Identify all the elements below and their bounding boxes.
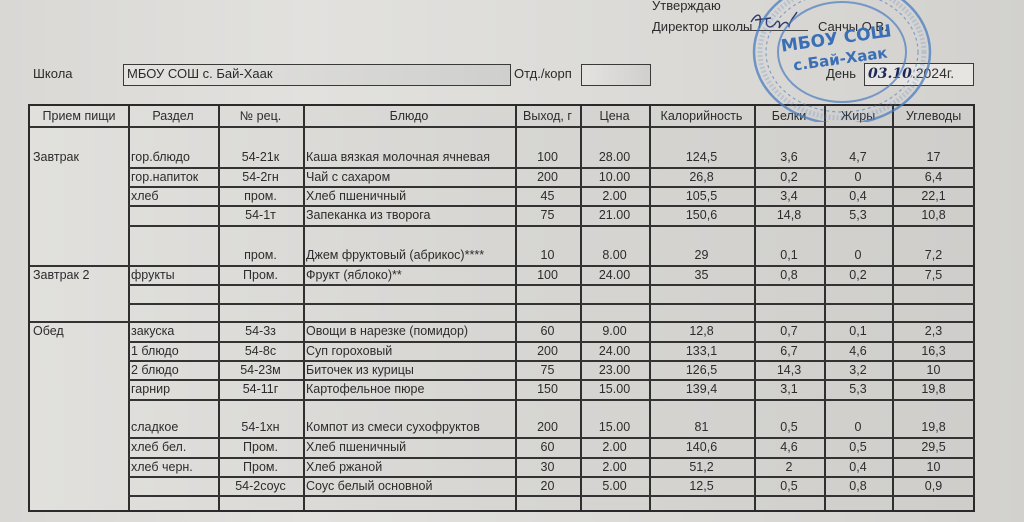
cell-calories: 126,5 (649, 362, 754, 378)
cell-recipe: 54-1т (218, 207, 303, 223)
cell-recipe: пром. (218, 247, 303, 263)
row-divider (128, 399, 975, 401)
signature-icon (745, 8, 805, 38)
cell-fat: 0,4 (824, 459, 892, 475)
cell-price: 23.00 (580, 362, 649, 378)
cell-calories: 12,5 (649, 478, 754, 494)
cell-carbs: 10 (892, 362, 975, 378)
cell-dish: Картофельное пюре (303, 381, 515, 397)
cell-protein: 3,4 (754, 188, 824, 204)
cell-section: сладкое (128, 419, 218, 435)
cell-protein: 3,6 (754, 149, 824, 165)
cell-fat: 0 (824, 169, 892, 185)
cell-yield: 20 (515, 478, 580, 494)
cell-fat: 0 (824, 247, 892, 263)
cell-yield: 100 (515, 149, 580, 165)
cell-calories: 81 (649, 419, 754, 435)
cell-carbs: 19,8 (892, 381, 975, 397)
cell-yield: 60 (515, 439, 580, 455)
cell-protein: 14,3 (754, 362, 824, 378)
cell-fat: 0,8 (824, 478, 892, 494)
cell-protein: 4,6 (754, 439, 824, 455)
cell-fat: 0 (824, 419, 892, 435)
cell-yield: 200 (515, 343, 580, 359)
cell-price: 2.00 (580, 459, 649, 475)
cell-fat: 4,7 (824, 149, 892, 165)
cell-calories: 12,8 (649, 323, 754, 339)
cell-carbs: 2,3 (892, 323, 975, 339)
cell-dish: Компот из смеси сухофруктов (303, 419, 515, 435)
day-label: День (826, 66, 856, 81)
cell-carbs: 22,1 (892, 188, 975, 204)
cell-protein: 0,5 (754, 478, 824, 494)
director-name: Санчы О.В. (818, 19, 888, 34)
cell-section: гор.напиток (128, 169, 218, 185)
cell-yield: 150 (515, 381, 580, 397)
row-divider (128, 225, 975, 227)
cell-price: 10.00 (580, 169, 649, 185)
column-header: Прием пищи (30, 108, 128, 124)
cell-dish: Фрукт (яблоко)** (303, 267, 515, 283)
header-divider (30, 126, 973, 128)
cell-recipe: 54-2гн (218, 169, 303, 185)
cell-price: 2.00 (580, 188, 649, 204)
cell-section: хлеб (128, 188, 218, 204)
row-divider (128, 495, 975, 497)
cell-dish: Хлеб ржаной (303, 459, 515, 475)
cell-calories: 140,6 (649, 439, 754, 455)
cell-fat: 4,6 (824, 343, 892, 359)
school-field[interactable]: МБОУ СОШ с. Бай-Хаак (123, 64, 511, 86)
column-header: Белки (754, 108, 824, 124)
cell-recipe: Пром. (218, 267, 303, 283)
approve-label: Утверждаю (652, 0, 721, 13)
cell-recipe: Пром. (218, 439, 303, 455)
row-divider (128, 303, 975, 305)
cell-dish: Чай с сахаром (303, 169, 515, 185)
cell-carbs: 10,8 (892, 207, 975, 223)
cell-yield: 30 (515, 459, 580, 475)
cell-price: 24.00 (580, 267, 649, 283)
cell-recipe: 54-8с (218, 343, 303, 359)
cell-recipe: 54-1хн (218, 419, 303, 435)
cell-dish: Хлеб пшеничный (303, 439, 515, 455)
cell-protein: 0,1 (754, 247, 824, 263)
cell-section: гарнир (128, 381, 218, 397)
cell-fat: 0,5 (824, 439, 892, 455)
dept-label: Отд./корп (514, 66, 572, 81)
cell-calories: 26,8 (649, 169, 754, 185)
cell-calories: 35 (649, 267, 754, 283)
school-label: Школа (33, 66, 73, 81)
cell-recipe: пром. (218, 188, 303, 204)
cell-dish: Биточек из курицы (303, 362, 515, 378)
cell-dish: Овощи в нарезке (помидор) (303, 323, 515, 339)
cell-section: 2 блюдо (128, 362, 218, 378)
column-header: Выход, г (515, 108, 580, 124)
cell-fat: 0,4 (824, 188, 892, 204)
cell-carbs: 6,4 (892, 169, 975, 185)
cell-carbs: 16,3 (892, 343, 975, 359)
cell-price: 9.00 (580, 323, 649, 339)
cell-price: 28.00 (580, 149, 649, 165)
cell-calories: 150,6 (649, 207, 754, 223)
cell-recipe: 54-2соус (218, 478, 303, 494)
cell-price: 5.00 (580, 478, 649, 494)
cell-recipe: 54-21к (218, 149, 303, 165)
cell-price: 21.00 (580, 207, 649, 223)
dept-field[interactable] (581, 64, 651, 86)
cell-carbs: 29,5 (892, 439, 975, 455)
cell-section: хлеб черн. (128, 459, 218, 475)
cell-section: гор.блюдо (128, 149, 218, 165)
column-header: Жиры (824, 108, 892, 124)
cell-price: 2.00 (580, 439, 649, 455)
school-value: МБОУ СОШ с. Бай-Хаак (127, 66, 273, 81)
cell-fat: 3,2 (824, 362, 892, 378)
cell-protein: 3,1 (754, 381, 824, 397)
meal-name: Обед (30, 323, 128, 339)
cell-protein: 6,7 (754, 343, 824, 359)
cell-protein: 0,7 (754, 323, 824, 339)
cell-yield: 200 (515, 169, 580, 185)
column-header: Цена (580, 108, 649, 124)
cell-price: 15.00 (580, 381, 649, 397)
cell-recipe: Пром. (218, 459, 303, 475)
cell-dish: Джем фруктовый (абрикос)**** (303, 247, 515, 263)
cell-section: хлеб бел. (128, 439, 218, 455)
column-header: Блюдо (303, 108, 515, 124)
cell-section: фрукты (128, 267, 218, 283)
cell-calories: 133,1 (649, 343, 754, 359)
cell-recipe: 54-23м (218, 362, 303, 378)
cell-protein: 0,2 (754, 169, 824, 185)
column-header: Калорийность (649, 108, 754, 124)
cell-carbs: 10 (892, 459, 975, 475)
cell-dish: Запеканка из творога (303, 207, 515, 223)
cell-price: 15.00 (580, 419, 649, 435)
cell-protein: 14,8 (754, 207, 824, 223)
cell-yield: 75 (515, 207, 580, 223)
cell-calories: 51,2 (649, 459, 754, 475)
menu-table: Прием пищиРаздел№ рец.БлюдоВыход, гЦенаК… (28, 104, 975, 512)
cell-section: 1 блюдо (128, 343, 218, 359)
cell-carbs: 0,9 (892, 478, 975, 494)
director-label: Директор школы (652, 19, 752, 34)
cell-recipe: 54-11г (218, 381, 303, 397)
day-suffix: .2024г. (912, 65, 954, 81)
cell-price: 24.00 (580, 343, 649, 359)
row-divider (128, 284, 975, 286)
cell-protein: 2 (754, 459, 824, 475)
cell-recipe: 54-3з (218, 323, 303, 339)
cell-calories: 105,5 (649, 188, 754, 204)
cell-yield: 10 (515, 247, 580, 263)
cell-dish: Соус белый основной (303, 478, 515, 494)
cell-dish: Суп гороховый (303, 343, 515, 359)
cell-calories: 124,5 (649, 149, 754, 165)
cell-fat: 0,2 (824, 267, 892, 283)
cell-calories: 139,4 (649, 381, 754, 397)
cell-yield: 60 (515, 323, 580, 339)
cell-carbs: 17 (892, 149, 975, 165)
cell-dish: Хлеб пшеничный (303, 188, 515, 204)
meal-name: Завтрак 2 (30, 267, 128, 283)
cell-protein: 0,5 (754, 419, 824, 435)
cell-fat: 5,3 (824, 381, 892, 397)
column-header: № рец. (218, 108, 303, 124)
column-header: Раздел (128, 108, 218, 124)
cell-calories: 29 (649, 247, 754, 263)
cell-section: закуска (128, 323, 218, 339)
cell-fat: 0,1 (824, 323, 892, 339)
cell-carbs: 7,5 (892, 267, 975, 283)
cell-dish: Каша вязкая молочная ячневая (303, 149, 515, 165)
meal-name: Завтрак (30, 149, 128, 165)
day-handwritten: 03.10 (868, 66, 912, 82)
cell-carbs: 7,2 (892, 247, 975, 263)
day-field[interactable]: 03.10.2024г. (864, 63, 974, 86)
cell-yield: 200 (515, 419, 580, 435)
cell-fat: 5,3 (824, 207, 892, 223)
cell-protein: 0,8 (754, 267, 824, 283)
cell-yield: 45 (515, 188, 580, 204)
column-header: Углеводы (892, 108, 975, 124)
cell-price: 8.00 (580, 247, 649, 263)
cell-yield: 75 (515, 362, 580, 378)
cell-carbs: 19,8 (892, 419, 975, 435)
cell-yield: 100 (515, 267, 580, 283)
